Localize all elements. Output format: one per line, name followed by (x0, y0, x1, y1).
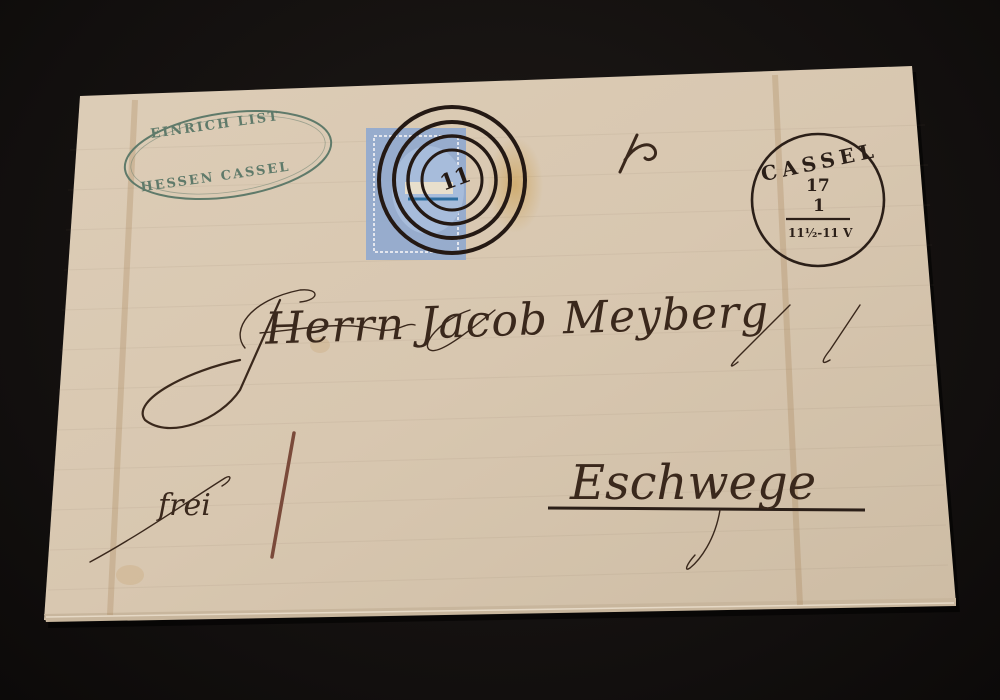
letter-cover (0, 0, 1000, 700)
address-town: Eschwege (570, 455, 816, 511)
postmark-day: 17 (806, 176, 830, 196)
postmark-month: 1 (813, 196, 825, 216)
postmark-time: 11½-11 V (788, 226, 852, 240)
franking-note: frei (158, 488, 211, 523)
